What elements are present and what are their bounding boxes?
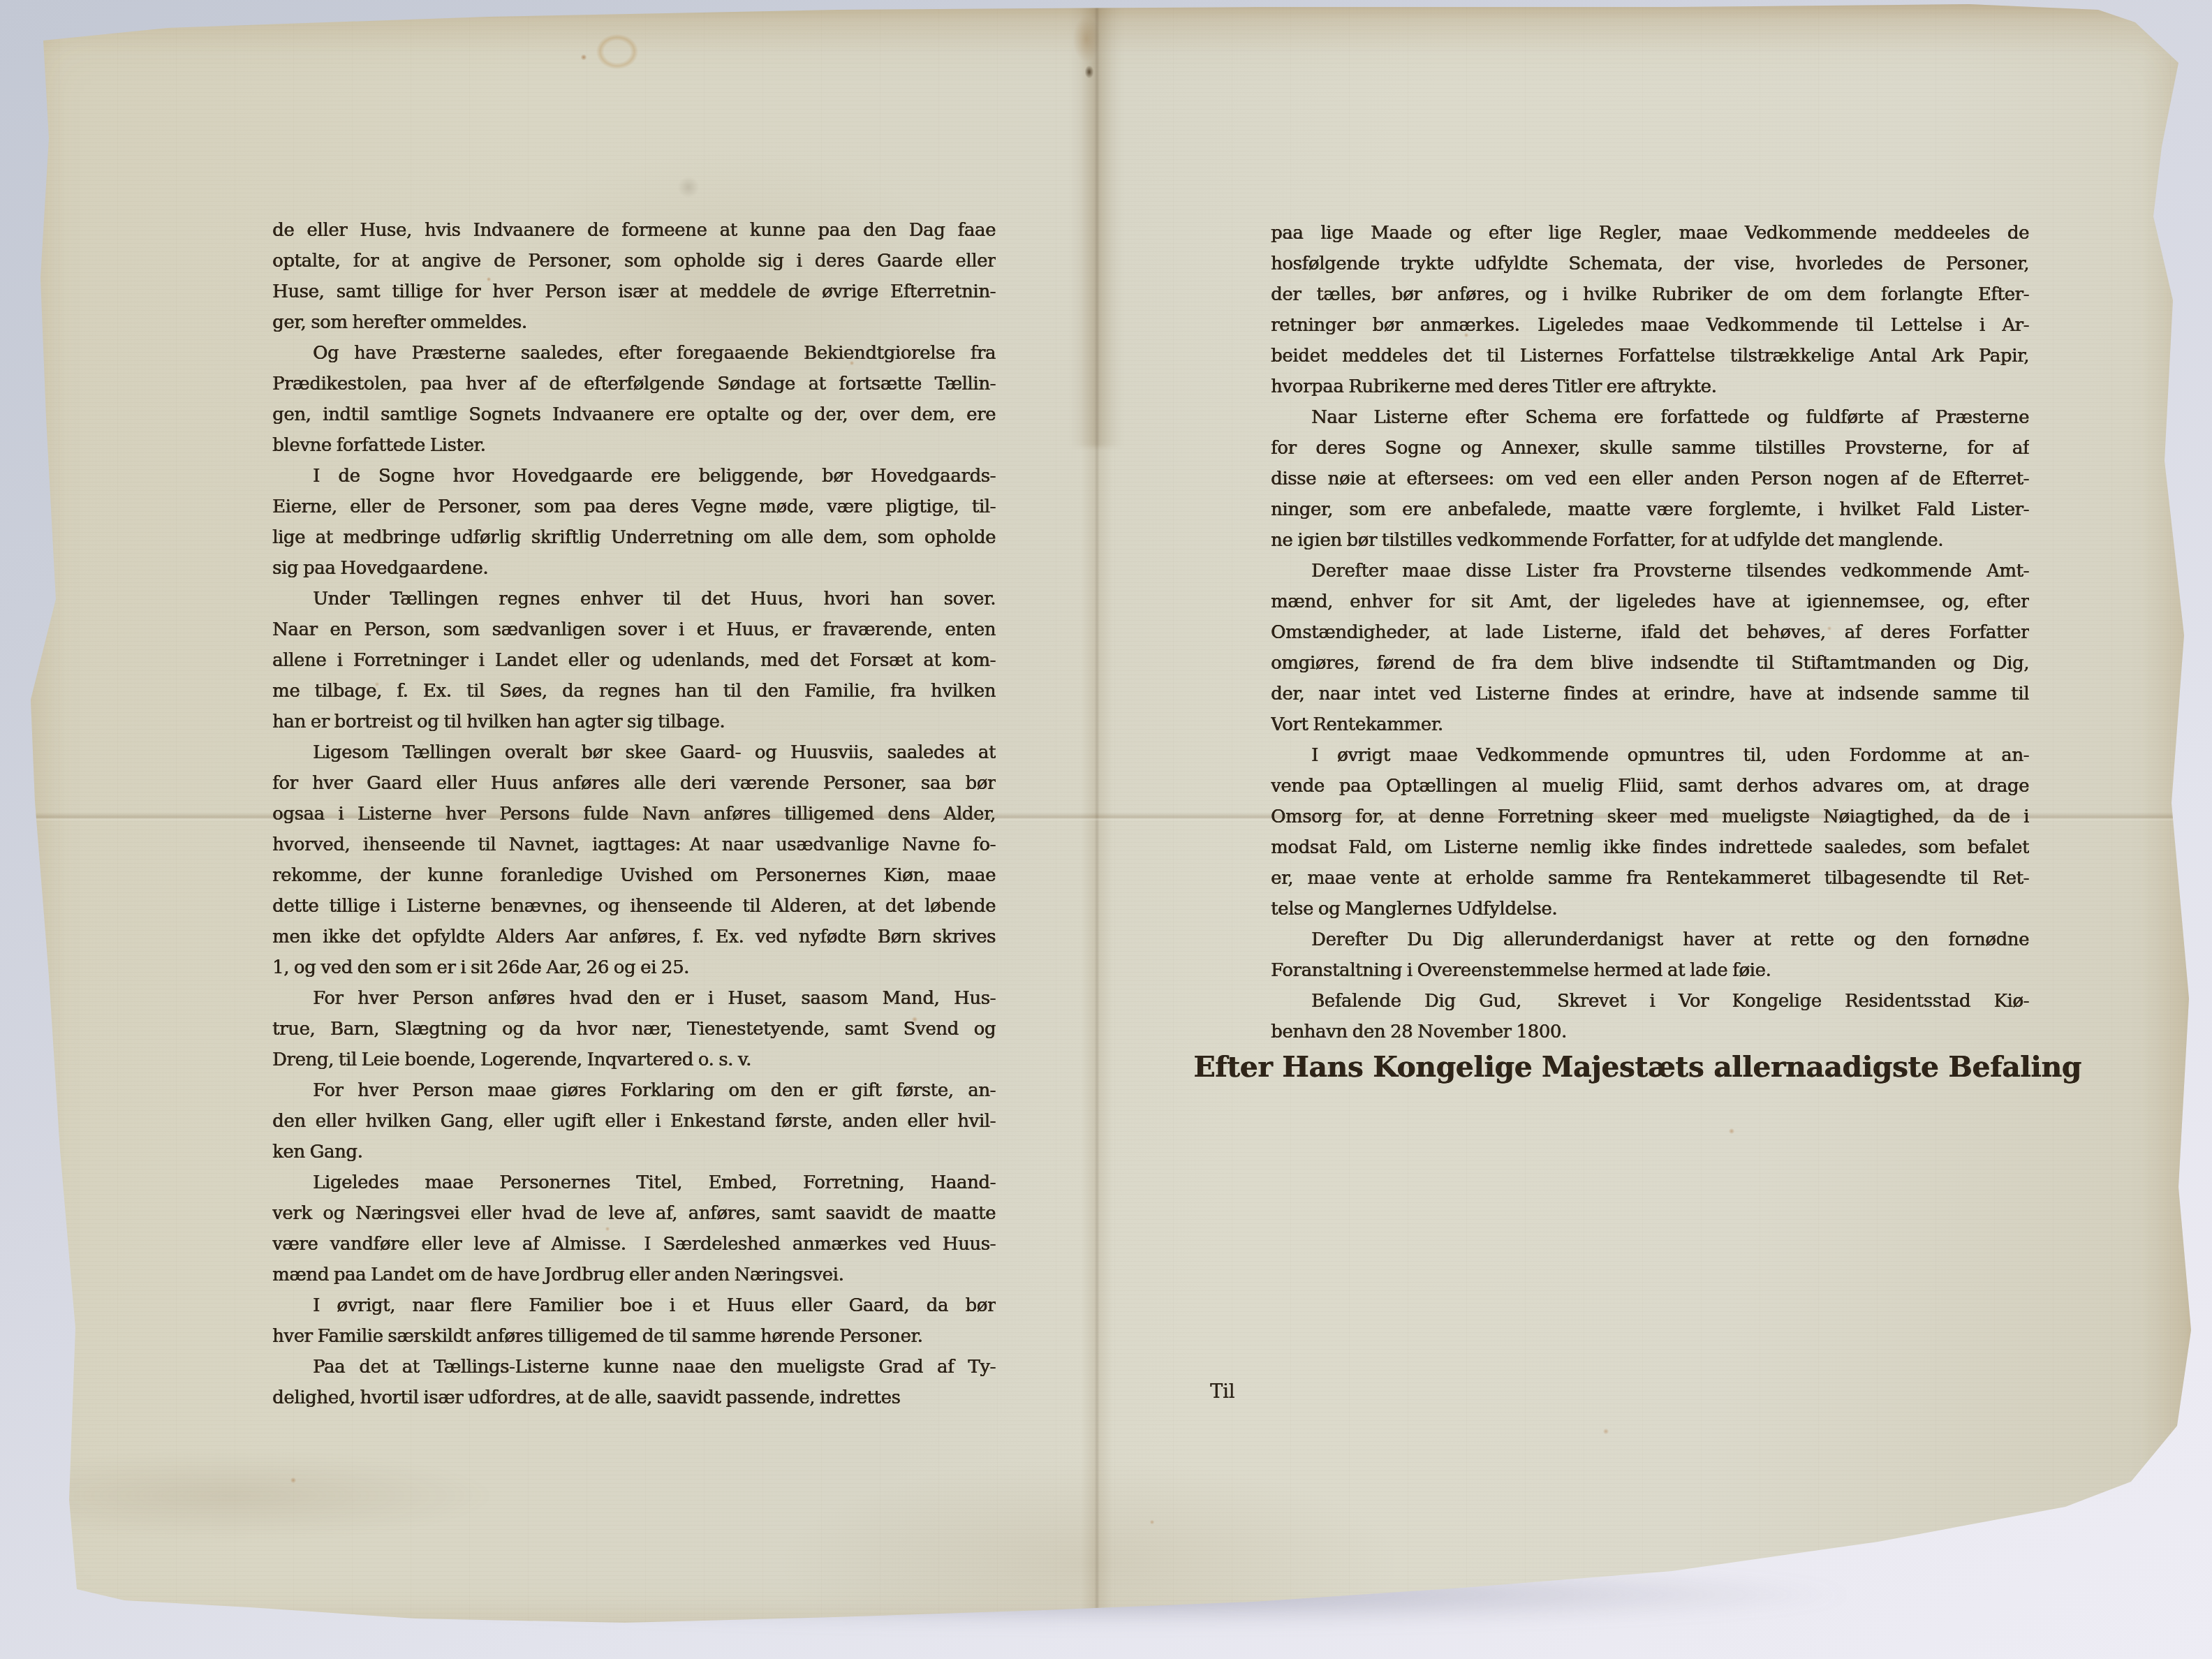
text-line: mænd paa Landet om de have Jordbrug elle…	[272, 1260, 996, 1290]
text-line: telse og Manglernes Udfyldelse.	[1271, 894, 2029, 924]
text-line: Naar en Person, som sædvanligen sover i …	[272, 614, 996, 645]
text-line: I øvrigt, naar flere Familier boe i et H…	[272, 1290, 996, 1321]
text-line: 1, og ved den som er i sit 26de Aar, 26 …	[272, 952, 996, 983]
text-line: true, Barn, Slægtning og da hvor nær, Ti…	[272, 1014, 996, 1045]
document-sheet: de eller Huse, hvis Indvaanere de formee…	[0, 0, 2212, 1659]
text-line: blevne forfattede Lister.	[272, 430, 996, 461]
text-line: verk og Næringsvei eller hvad de leve af…	[272, 1198, 996, 1229]
text-line: Dreng, til Leie boende, Logerende, Inqva…	[272, 1045, 996, 1075]
text-line: I øvrigt maae Vedkommende opmuntres til,…	[1271, 740, 2029, 771]
text-line: for deres Sogne og Annexer, skulle samme…	[1271, 433, 2029, 464]
text-line: ninger, som ere anbefalede, maatte være …	[1271, 494, 2029, 525]
text-line: hver Familie særskildt anføres tilligeme…	[272, 1321, 996, 1352]
text-line: Derefter Du Dig allerunderdanigst haver …	[1271, 924, 2029, 955]
text-line: Ligeledes maae Personernes Titel, Embed,…	[272, 1167, 996, 1198]
text-line: Paa det at Tællings-Listerne kunne naae …	[272, 1352, 996, 1382]
text-line: Vort Rentekammer.	[1271, 709, 2029, 740]
text-line: Og have Præsterne saaledes, efter forega…	[272, 338, 996, 369]
closing-formula-heading: Efter Hans Kongelige Majestæts allernaad…	[1187, 1050, 2088, 1084]
text-line: Under Tællingen regnes enhver til det Hu…	[272, 584, 996, 614]
text-line: Omsorg for, at denne Forretning skeer me…	[1271, 802, 2029, 832]
text-line: allene i Forretninger i Landet eller og …	[272, 645, 996, 676]
text-line: Befalende Dig Gud, Skrevet i Vor Kongeli…	[1271, 986, 2029, 1017]
bottom-left-crease	[42, 1403, 670, 1557]
text-line: hvorpaa Rubrikerne med deres Titler ere …	[1271, 371, 2029, 402]
text-line: for hver Gaard eller Huus anføres alle d…	[272, 768, 996, 799]
text-line: retninger bør anmærkes. Ligeledes maae V…	[1271, 310, 2029, 341]
text-line: delighed, hvortil især udfordres, at de …	[272, 1382, 996, 1413]
text-line: For hver Person maae giøres Forklaring o…	[272, 1075, 996, 1106]
text-line: Huse, samt tillige for hver Person især …	[272, 276, 996, 307]
text-line: gen, indtil samtlige Sognets Indvaanere …	[272, 399, 996, 430]
text-line: mænd, enhver for sit Amt, der ligeledes …	[1271, 587, 2029, 617]
text-line: optalte, for at angive de Personer, som …	[272, 246, 996, 276]
left-page-text: de eller Huse, hvis Indvaanere de formee…	[272, 215, 996, 1413]
text-line: den eller hvilken Gang, eller ugift elle…	[272, 1106, 996, 1137]
text-line: de eller Huse, hvis Indvaanere de formee…	[272, 215, 996, 246]
text-line: beidet meddeles det til Listernes Forfat…	[1271, 341, 2029, 371]
text-line: være vandføre eller leve af Almisse. I S…	[272, 1229, 996, 1260]
text-line: der tælles, bør anføres, og i hvilke Rub…	[1271, 279, 2029, 310]
text-line: ken Gang.	[272, 1137, 996, 1167]
photo-backdrop: de eller Huse, hvis Indvaanere de formee…	[0, 0, 2212, 1659]
text-line: benhavn den 28 November 1800.	[1271, 1017, 2029, 1047]
text-line: disse nøie at eftersees: om ved een elle…	[1271, 464, 2029, 494]
text-line: lige at medbringe udførlig skriftlig Und…	[272, 522, 996, 553]
text-line: Prædikestolen, paa hver af de efterfølge…	[272, 369, 996, 399]
text-line: der, naar intet ved Listerne findes at e…	[1271, 679, 2029, 709]
text-line: men ikke det opfyldte Alders Aar anføres…	[272, 922, 996, 952]
text-line: hvorved, ihenseende til Navnet, iagttage…	[272, 829, 996, 860]
text-line: vende paa Optællingen al muelig Fliid, s…	[1271, 771, 2029, 802]
text-line: paa lige Maade og efter lige Regler, maa…	[1271, 218, 2029, 249]
right-page-text: paa lige Maade og efter lige Regler, maa…	[1271, 218, 2029, 1047]
text-line: omgiøres, førend de fra dem blive indsen…	[1271, 648, 2029, 679]
text-line: Derefter maae disse Lister fra Provstern…	[1271, 556, 2029, 587]
center-fold	[1081, 0, 1113, 1659]
text-line: me tilbage, f. Ex. til Søes, da regnes h…	[272, 676, 996, 707]
text-line: rekomme, der kunne foranledige Uvished o…	[272, 860, 996, 891]
text-line: sig paa Hovedgaardene.	[272, 553, 996, 584]
text-line: modsat Fald, om Listerne nemlig ikke fin…	[1271, 832, 2029, 863]
text-line: I de Sogne hvor Hovedgaarde ere beliggen…	[272, 461, 996, 492]
text-line: ger, som herefter ommeldes.	[272, 307, 996, 338]
text-line: Eierne, eller de Personer, som paa deres…	[272, 492, 996, 522]
text-line: ne igien bør tilstilles vedkommende Forf…	[1271, 525, 2029, 556]
text-line: hosfølgende trykte udfyldte Schemata, de…	[1271, 249, 2029, 279]
catchword: Til	[1210, 1381, 1234, 1403]
text-line: Foranstaltning i Overeenstemmelse hermed…	[1271, 955, 2029, 986]
text-line: Ligesom Tællingen overalt bør skee Gaard…	[272, 737, 996, 768]
text-line: han er bortreist og til hvilken han agte…	[272, 707, 996, 737]
text-line: dette tillige i Listerne benævnes, og ih…	[272, 891, 996, 922]
text-line: ogsaa i Listerne hver Persons fulde Navn…	[272, 799, 996, 829]
text-line: er, maae vente at erholde samme fra Rent…	[1271, 863, 2029, 894]
text-line: Naar Listerne efter Schema ere forfatted…	[1271, 402, 2029, 433]
text-line: For hver Person anføres hvad den er i Hu…	[272, 983, 996, 1014]
text-line: Omstændigheder, at lade Listerne, ifald …	[1271, 617, 2029, 648]
